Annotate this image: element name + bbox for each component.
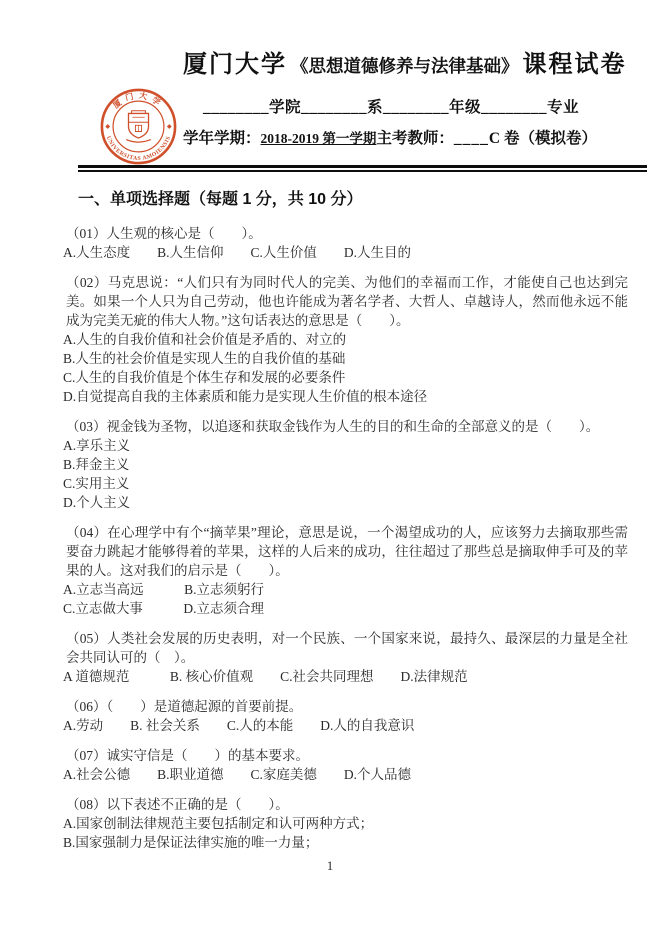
question-options: A.人生态度 B.人生信仰 C.人生价值 D.人生目的 <box>63 243 628 262</box>
seal-left-diamond <box>105 124 110 129</box>
option-line: C.立志做大事 D.立志须合理 <box>63 599 628 618</box>
student-info-blanks: ________学院________系________年级________专业 <box>203 95 643 117</box>
option-line: A.国家创制法律规范主要包括制定和认可两种方式； <box>63 814 628 833</box>
question-options: A.享乐主义 B.拜金主义 C.实用主义 D.个人主义 <box>63 436 628 512</box>
option-line: A.人生态度 B.人生信仰 C.人生价值 D.人生目的 <box>63 243 628 262</box>
exam-page: 厦门大学 UNIVERSITAS AMOIENSIS 厦门大学 《思想道德修养与… <box>0 0 660 938</box>
option-line: A.享乐主义 <box>63 436 628 455</box>
course-title: 《思想道德修养与法律基础》 <box>291 56 519 76</box>
teacher-label: 主考教师： <box>376 130 454 147</box>
option-line: A.立志当高远 B.立志须躬行 <box>63 580 628 599</box>
question-options: A.人生的自我价值和社会价值是矛盾的、对立的 B.人生的社会价值是实现人生的自我… <box>63 330 628 406</box>
seal-right-diamond <box>167 124 172 129</box>
question-01: （01）人生观的核心是（ ）。 A.人生态度 B.人生信仰 C.人生价值 D.人… <box>63 224 628 262</box>
option-line: A.人生的自我价值和社会价值是矛盾的、对立的 <box>63 330 628 349</box>
question-text: （03）视金钱为圣物，以追逐和获取金钱作为人生的目的和生命的全部意义的是（ ）。 <box>63 417 628 436</box>
option-line: B.人生的社会价值是实现人生的自我价值的基础 <box>63 349 628 368</box>
teacher-blank: ____ <box>454 130 489 147</box>
exam-header: 厦门大学 《思想道德修养与法律基础》 课程试卷 ________学院______… <box>183 48 643 148</box>
semester-label: 学年学期： <box>183 130 261 147</box>
university-seal-logo: 厦门大学 UNIVERSITAS AMOIENSIS <box>100 88 177 165</box>
question-text: （07）诚实守信是（ ）的基本要求。 <box>63 746 628 765</box>
exam-title: 厦门大学 《思想道德修养与法律基础》 课程试卷 <box>183 48 643 85</box>
seal-shield-emblem <box>126 111 151 142</box>
option-line: D.个人主义 <box>63 493 628 512</box>
university-name: 厦门大学 <box>183 52 287 78</box>
question-text: （04）在心理学中有个“摘苹果”理论，意思是说，一个渴望成功的人，应该努力去摘取… <box>63 523 628 580</box>
option-line: D.自觉提高自我的主体素质和能力是实现人生价值的根本途径 <box>63 387 628 406</box>
question-04: （04）在心理学中有个“摘苹果”理论，意思是说，一个渴望成功的人，应该努力去摘取… <box>63 523 628 618</box>
paper-type: C 卷（模拟卷） <box>489 130 597 147</box>
question-text: （01）人生观的核心是（ ）。 <box>63 224 628 243</box>
option-line: C.实用主义 <box>63 474 628 493</box>
semester-value: 2018-2019 第一学期 <box>261 131 377 146</box>
option-line: C.人生的自我价值是个体生存和发展的必要条件 <box>63 368 628 387</box>
svg-text:厦门大学: 厦门大学 <box>111 90 166 110</box>
section-title: 一、单项选择题（每题 1 分，共 10 分） <box>78 190 628 210</box>
question-options: A.劳动 B. 社会关系 C.人的本能 D.人的自我意识 <box>63 716 628 735</box>
exam-body: 一、单项选择题（每题 1 分，共 10 分） （01）人生观的核心是（ ）。 A… <box>63 190 628 863</box>
seal-top-text: 厦门大学 <box>111 90 166 110</box>
question-02: （02）马克思说：“人们只有为同时代人的完美、为他们的幸福而工作，才能使自己也达… <box>63 273 628 406</box>
question-options: A.社会公德 B.职业道德 C.家庭美德 D.个人品德 <box>63 765 628 784</box>
paper-word: 课程试卷 <box>523 52 627 78</box>
page-number: 1 <box>0 858 660 874</box>
option-line: B.拜金主义 <box>63 455 628 474</box>
question-text: （06）（ ）是道德起源的首要前提。 <box>63 697 628 716</box>
question-text: （02）马克思说：“人们只有为同时代人的完美、为他们的幸福而工作，才能使自己也达… <box>63 273 628 330</box>
question-03: （03）视金钱为圣物，以追逐和获取金钱作为人生的目的和生命的全部意义的是（ ）。… <box>63 417 628 512</box>
option-line: A.社会公德 B.职业道德 C.家庭美德 D.个人品德 <box>63 765 628 784</box>
question-text: （05）人类社会发展的历史表明，对一个民族、一个国家来说，最持久、最深层的力量是… <box>63 629 628 667</box>
header-divider <box>78 165 647 172</box>
question-options: A.立志当高远 B.立志须躬行 C.立志做大事 D.立志须合理 <box>63 580 628 618</box>
exam-meta-line: 学年学期：2018-2019 第一学期主考教师：____C 卷（模拟卷） <box>183 126 643 148</box>
question-06: （06）（ ）是道德起源的首要前提。 A.劳动 B. 社会关系 C.人的本能 D… <box>63 697 628 735</box>
question-05: （05）人类社会发展的历史表明，对一个民族、一个国家来说，最持久、最深层的力量是… <box>63 629 628 686</box>
question-08: （08）以下表述不正确的是（ ）。 A.国家创制法律规范主要包括制定和认可两种方… <box>63 795 628 852</box>
svg-text:UNIVERSITAS AMOIENSIS: UNIVERSITAS AMOIENSIS <box>105 135 173 162</box>
option-line: A 道德规范 B. 核心价值观 C.社会共同理想 D.法律规范 <box>63 667 628 686</box>
option-line: A.劳动 B. 社会关系 C.人的本能 D.人的自我意识 <box>63 716 628 735</box>
seal-bottom-text: UNIVERSITAS AMOIENSIS <box>105 135 173 162</box>
question-text: （08）以下表述不正确的是（ ）。 <box>63 795 628 814</box>
question-options: A.国家创制法律规范主要包括制定和认可两种方式； B.国家强制力是保证法律实施的… <box>63 814 628 852</box>
question-07: （07）诚实守信是（ ）的基本要求。 A.社会公德 B.职业道德 C.家庭美德 … <box>63 746 628 784</box>
option-line: B.国家强制力是保证法律实施的唯一力量； <box>63 833 628 852</box>
question-options: A 道德规范 B. 核心价值观 C.社会共同理想 D.法律规范 <box>63 667 628 686</box>
